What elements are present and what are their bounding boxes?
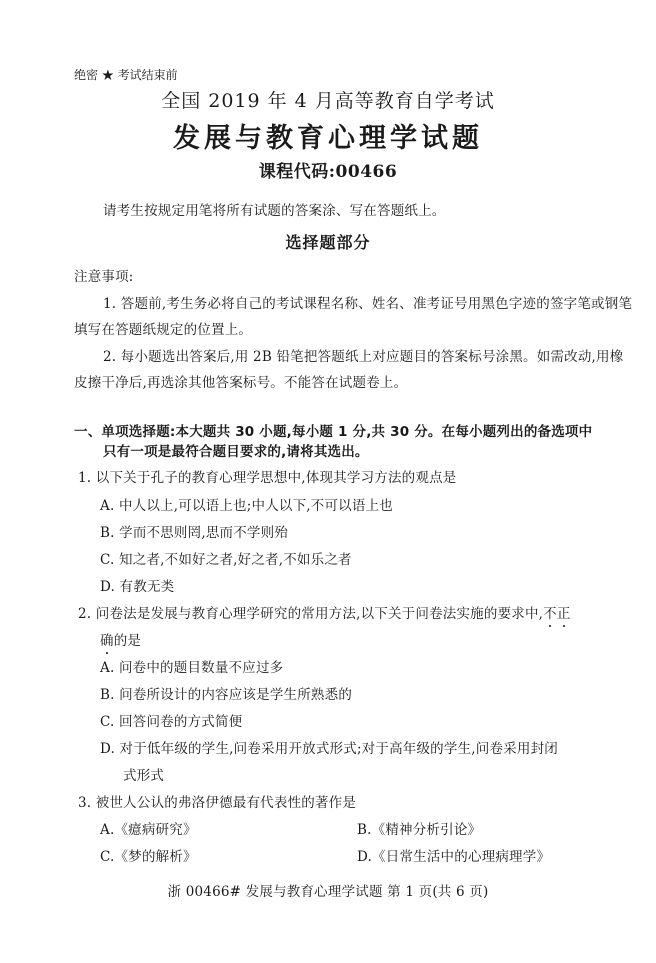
page-footer: 浙 00466# 发展与教育心理学试题 第 1 页(共 6 页) bbox=[0, 880, 656, 900]
paper-title: 发展与教育心理学试题 bbox=[0, 116, 656, 155]
question-3: 3. 被世人公认的弗洛伊德最有代表性的著作是 bbox=[78, 791, 356, 811]
emphasis-char: 正 bbox=[557, 602, 571, 622]
q2-option-c: C. 回答问卷的方式简便 bbox=[100, 710, 242, 730]
option-label: C. bbox=[100, 714, 115, 730]
q3-option-d: D.《日常生活中的心理病理学》 bbox=[357, 845, 550, 865]
option-text: 《日常生活中的心理病理学》 bbox=[372, 849, 550, 865]
q1-option-d: D. 有教无类 bbox=[100, 575, 174, 595]
q3-option-a: A.《癔病研究》 bbox=[100, 818, 197, 838]
question-number: 3. bbox=[78, 795, 91, 811]
option-label: A. bbox=[100, 498, 114, 514]
question-number: 2. bbox=[78, 606, 91, 622]
option-label: B. bbox=[100, 525, 115, 541]
question-stem-part-1: 问卷法是发展与教育心理学研究的常用方法,以下关于问卷法实施的要求中, bbox=[96, 606, 543, 622]
question-2: 2. 问卷法是发展与教育心理学研究的常用方法,以下关于问卷法实施的要求中,不正 bbox=[78, 602, 571, 622]
option-label: B. bbox=[357, 822, 372, 838]
option-text: 《梦的解析》 bbox=[115, 849, 197, 865]
q3-option-b: B.《精神分析引论》 bbox=[357, 818, 481, 838]
q2-option-a: A. 问卷中的题目数量不应过多 bbox=[100, 656, 283, 676]
section-title: 选择题部分 bbox=[0, 230, 656, 253]
note-1-line-1: 1. 答题前,考生务必将自己的考试课程名称、姓名、准考证号用黑色字迹的签字笔或钢… bbox=[103, 292, 632, 312]
option-label: D. bbox=[100, 579, 115, 595]
part-one-heading-line-2: 只有一项是最符合题目要求的,请将其选出。 bbox=[103, 440, 369, 460]
note-1-line-2: 填写在答题纸规定的位置上。 bbox=[74, 318, 252, 338]
option-label: B. bbox=[100, 687, 115, 703]
option-text: 《精神分析引论》 bbox=[372, 822, 482, 838]
option-label: A. bbox=[100, 822, 114, 838]
option-text: 中人以上,可以语上也;中人以下,不可以语上也 bbox=[119, 498, 393, 514]
note-2-line-2: 皮擦干净后,再选涂其他答案标号。不能答在试题卷上。 bbox=[74, 371, 407, 391]
emphasis-char: 不 bbox=[543, 602, 557, 622]
question-2-cont: 确的是 bbox=[100, 629, 141, 649]
option-label: D. bbox=[357, 849, 372, 865]
q1-option-b: B. 学而不思则罔,思而不学则殆 bbox=[100, 521, 288, 541]
option-text: 问卷所设计的内容应该是学生所熟悉的 bbox=[119, 687, 352, 703]
q1-option-a: A. 中人以上,可以语上也;中人以下,不可以语上也 bbox=[100, 494, 393, 514]
option-label: C. bbox=[100, 552, 115, 568]
option-text: 对于低年级的学生,问卷采用开放式形式;对于高年级的学生,问卷采用封闭 bbox=[120, 741, 558, 757]
option-text: 回答问卷的方式简便 bbox=[119, 714, 242, 730]
option-text: 有教无类 bbox=[120, 579, 175, 595]
option-label: D. bbox=[100, 741, 115, 757]
option-text: 《癔病研究》 bbox=[114, 822, 196, 838]
option-label: C. bbox=[100, 849, 115, 865]
question-stem-part-2: 的是 bbox=[114, 633, 141, 649]
notes-heading: 注意事项: bbox=[74, 265, 134, 285]
instruction-text: 请考生按规定用笔将所有试题的答案涂、写在答题纸上。 bbox=[103, 199, 446, 219]
q2-option-b: B. 问卷所设计的内容应该是学生所熟悉的 bbox=[100, 683, 352, 703]
q1-option-c: C. 知之者,不如好之者,好之者,不如乐之者 bbox=[100, 548, 352, 568]
question-stem: 以下关于孔子的教育心理学思想中,体现其学习方法的观点是 bbox=[96, 470, 457, 486]
question-number: 1. bbox=[78, 470, 91, 486]
part-one-heading-line-1: 一、单项选择题:本大题共 30 小题,每小题 1 分,共 30 分。在每小题列出… bbox=[74, 420, 592, 440]
exam-title: 全国 2019 年 4 月高等教育自学考试 bbox=[0, 86, 656, 113]
q2-option-d-cont: 式形式 bbox=[123, 764, 164, 784]
note-2-line-1: 2. 每小题选出答案后,用 2B 铅笔把答题纸上对应题目的答案标号涂黑。如需改动… bbox=[103, 345, 623, 365]
option-text: 问卷中的题目数量不应过多 bbox=[119, 660, 283, 676]
q3-option-c: C.《梦的解析》 bbox=[100, 845, 197, 865]
emphasis-char: 确 bbox=[100, 629, 114, 649]
question-1: 1. 以下关于孔子的教育心理学思想中,体现其学习方法的观点是 bbox=[78, 466, 456, 486]
q2-option-d: D. 对于低年级的学生,问卷采用开放式形式;对于高年级的学生,问卷采用封闭 bbox=[100, 737, 558, 757]
option-text: 知之者,不如好之者,好之者,不如乐之者 bbox=[119, 552, 352, 568]
confidential-label: 绝密 ★ 考试结束前 bbox=[74, 66, 178, 83]
question-stem: 被世人公认的弗洛伊德最有代表性的著作是 bbox=[96, 795, 356, 811]
option-label: A. bbox=[100, 660, 114, 676]
option-text: 学而不思则罔,思而不学则殆 bbox=[119, 525, 288, 541]
course-code: 课程代码:00466 bbox=[0, 157, 656, 182]
